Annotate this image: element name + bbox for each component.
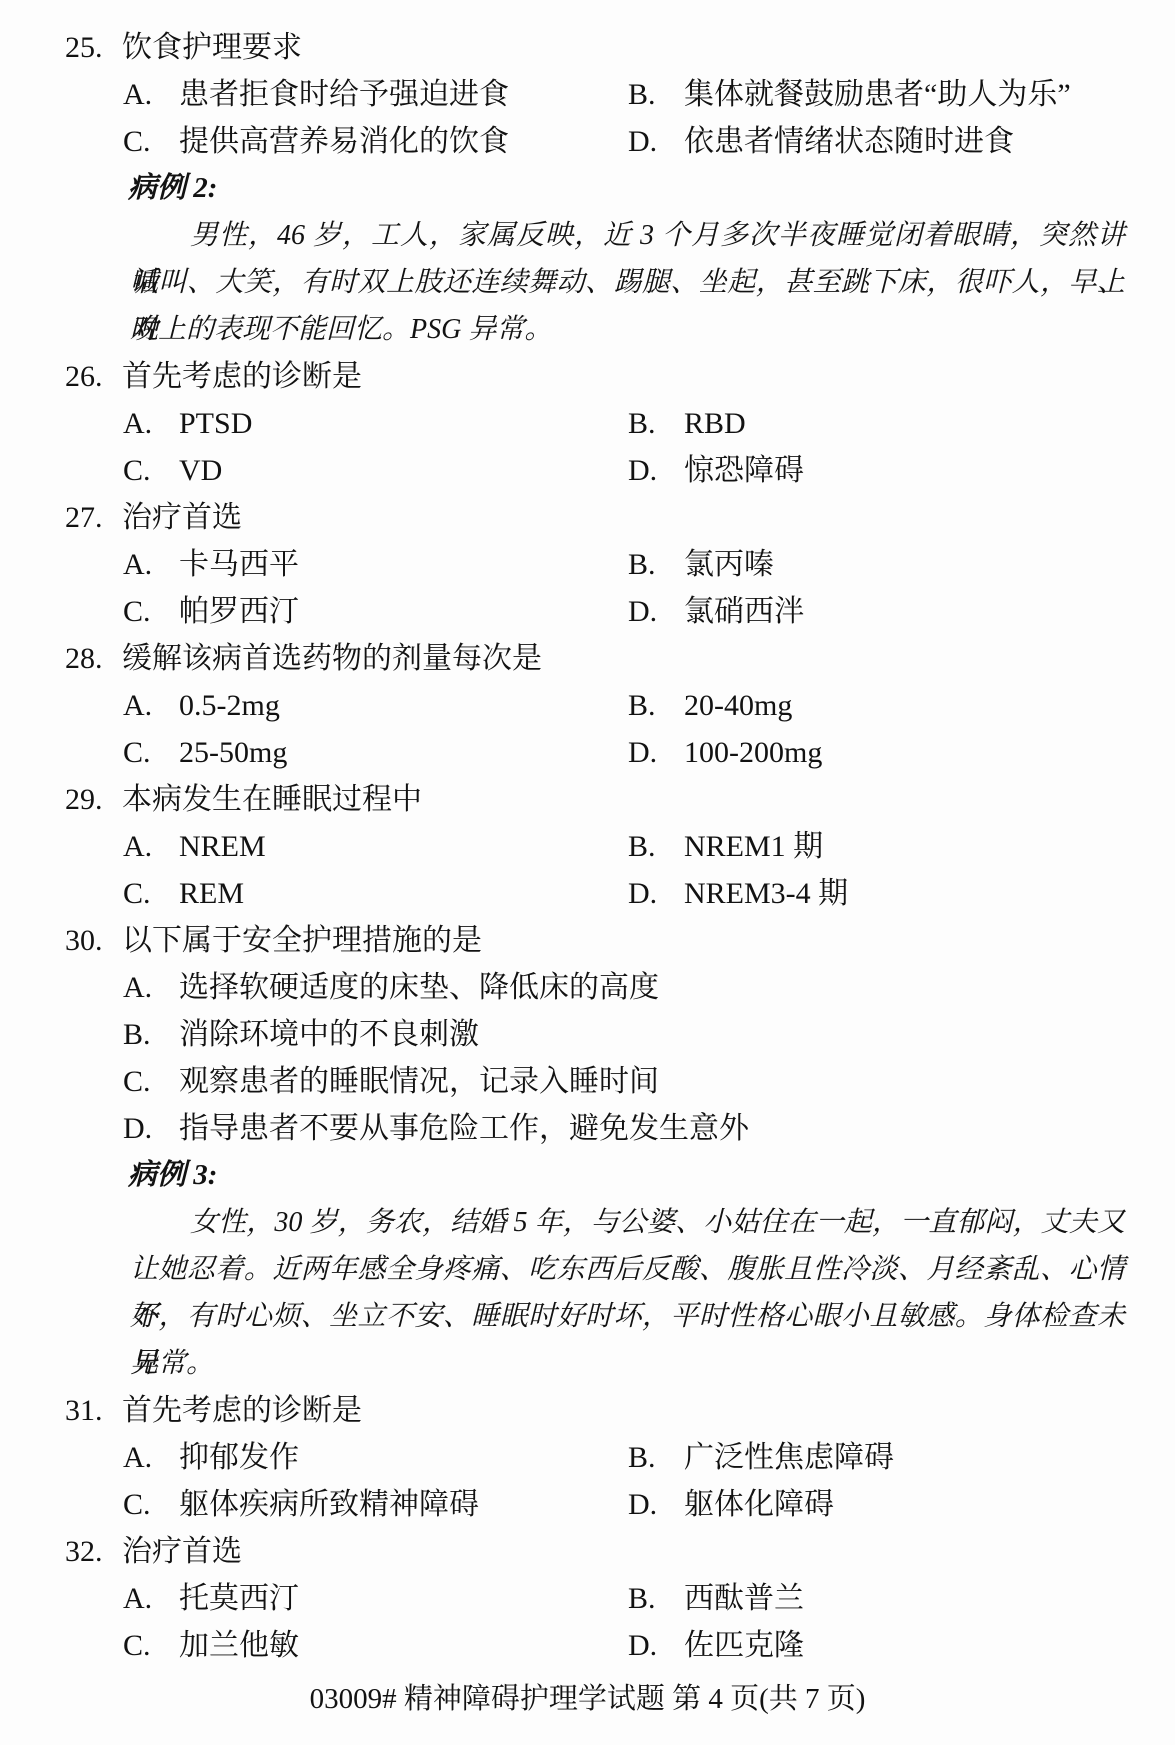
q29-option-c: C.REM [123,870,628,917]
case-line: 好，有时心烦、坐立不安、睡眠时好时坏，平时性格心眼小且敏感。身体检查未见 [130,1293,1125,1340]
question-stem: 治疗首选 [122,1535,242,1568]
q32-option-d: D.佐匹克隆 [628,1622,1175,1669]
option-label: D. [123,1105,179,1152]
page-footer: 03009# 精神障碍护理学试题 第 4 页(共 7 页) [0,1676,1175,1723]
option-text: 0.5-2mg [179,689,280,722]
question-stem: 以下属于安全护理措施的是 [122,924,482,957]
option-text: NREM3-4 期 [684,877,848,910]
q31-option-c: C.躯体疾病所致精神障碍 [123,1481,628,1528]
case-line: 女性，30 岁，务农，结婚 5 年，与公婆、小姑住在一起，一直郁闷，丈夫又 [130,1199,1125,1246]
question-25: 25.饮食护理要求 A.患者拒食时给予强迫进食 B.集体就餐鼓励患者“助人为乐”… [0,24,1175,165]
q30-option-d: D.指导患者不要从事危险工作，避免发生意外 [0,1105,1175,1152]
q28-option-b: B.20-40mg [628,682,1175,729]
q29-option-a: A.NREM [123,823,628,870]
option-label: A. [123,682,179,729]
q26-option-d: D.惊恐障碍 [628,447,1175,494]
option-text: 佐匹克隆 [684,1629,804,1662]
option-label: B. [628,682,684,729]
option-label: C. [123,447,179,494]
case-line: 让她忍着。近两年感全身疼痛、吃东西后反酸、腹胀且性冷淡、月经紊乱、心情不 [130,1246,1125,1293]
option-label: A. [123,964,179,1011]
option-label: C. [123,118,179,165]
option-label: A. [123,1434,179,1481]
case-line: 异常。 [130,1340,1125,1387]
option-text: 卡马西平 [179,548,299,581]
q25-option-c: C.提供高营养易消化的饮食 [123,118,628,165]
q32-option-a: A.托莫西汀 [123,1575,628,1622]
q25-option-a: A.患者拒食时给予强迫进食 [123,71,628,118]
case-2-paragraph: 男性，46 岁，工人，家属反映，近 3 个月多次半夜睡觉闭着眼睛，突然讲话、 喊… [130,212,1125,353]
option-text: 躯体疾病所致精神障碍 [179,1488,479,1521]
option-label: D. [628,588,684,635]
q27-option-c: C.帕罗西汀 [123,588,628,635]
question-30-options: A.选择软硬适度的床垫、降低床的高度 B.消除环境中的不良刺激 C.观察患者的睡… [0,964,1175,1152]
question-stem: 缓解该病首选药物的剂量每次是 [122,642,542,675]
exam-page: 25.饮食护理要求 A.患者拒食时给予强迫进食 B.集体就餐鼓励患者“助人为乐”… [0,0,1175,1745]
option-label: B. [628,823,684,870]
option-label: B. [628,400,684,447]
case-3-paragraph: 女性，30 岁，务农，结婚 5 年，与公婆、小姑住在一起，一直郁闷，丈夫又 让她… [130,1199,1125,1387]
option-text: 100-200mg [684,736,822,769]
question-31-options: A.抑郁发作 B.广泛性焦虑障碍 C.躯体疾病所致精神障碍 D.躯体化障碍 [0,1434,1175,1528]
q29-option-b: B.NREM1 期 [628,823,1175,870]
question-number: 31. [65,1387,122,1434]
option-label: C. [123,588,179,635]
option-text: 依患者情绪状态随时进食 [684,125,1014,158]
option-text: 25-50mg [179,736,287,769]
question-31-stem-row: 31.首先考虑的诊断是 [0,1387,1175,1434]
option-label: B. [123,1011,179,1058]
q28-option-c: C.25-50mg [123,729,628,776]
question-number: 30. [65,917,122,964]
option-label: C. [123,729,179,776]
option-text: 患者拒食时给予强迫进食 [179,78,509,111]
question-28-options: A.0.5-2mg B.20-40mg C.25-50mg D.100-200m… [0,682,1175,776]
option-text: 抑郁发作 [179,1441,299,1474]
option-label: D. [628,447,684,494]
q30-option-b: B.消除环境中的不良刺激 [0,1011,1175,1058]
q25-option-b: B.集体就餐鼓励患者“助人为乐” [628,71,1175,118]
question-30-stem-row: 30.以下属于安全护理措施的是 [0,917,1175,964]
question-stem: 本病发生在睡眠过程中 [122,783,422,816]
q28-option-d: D.100-200mg [628,729,1175,776]
option-label: D. [628,729,684,776]
q31-option-b: B.广泛性焦虑障碍 [628,1434,1175,1481]
option-text: 提供高营养易消化的饮食 [179,125,509,158]
option-label: D. [628,1481,684,1528]
question-number: 29. [65,776,122,823]
option-label: A. [123,400,179,447]
question-32-stem-row: 32.治疗首选 [0,1528,1175,1575]
option-label: C. [123,1058,179,1105]
q32-option-b: B.西酞普兰 [628,1575,1175,1622]
question-number: 25. [65,24,122,71]
question-28: 28.缓解该病首选药物的剂量每次是 A.0.5-2mg B.20-40mg C.… [0,635,1175,776]
option-label: A. [123,71,179,118]
q26-option-b: B.RBD [628,400,1175,447]
question-stem: 首先考虑的诊断是 [122,1394,362,1427]
option-label: A. [123,1575,179,1622]
case-3: 病例 3: 女性，30 岁，务农，结婚 5 年，与公婆、小姑住在一起，一直郁闷，… [0,1152,1175,1387]
q29-option-d: D.NREM3-4 期 [628,870,1175,917]
option-label: A. [123,541,179,588]
option-text: NREM1 期 [684,830,823,863]
option-text: 氯硝西泮 [684,595,804,628]
question-stem: 饮食护理要求 [122,31,302,64]
question-number: 26. [65,353,122,400]
option-text: 观察患者的睡眠情况，记录入睡时间 [179,1065,659,1098]
option-label: C. [123,1481,179,1528]
q32-option-c: C.加兰他敏 [123,1622,628,1669]
question-27-options: A.卡马西平 B.氯丙嗪 C.帕罗西汀 D.氯硝西泮 [0,541,1175,635]
q26-option-a: A.PTSD [123,400,628,447]
question-32-options: A.托莫西汀 B.西酞普兰 C.加兰他敏 D.佐匹克隆 [0,1575,1175,1669]
question-27: 27.治疗首选 A.卡马西平 B.氯丙嗪 C.帕罗西汀 D.氯硝西泮 [0,494,1175,635]
option-text: 惊恐障碍 [684,454,804,487]
question-31: 31.首先考虑的诊断是 A.抑郁发作 B.广泛性焦虑障碍 C.躯体疾病所致精神障… [0,1387,1175,1528]
option-text: 帕罗西汀 [179,595,299,628]
option-label: D. [628,118,684,165]
question-26: 26.首先考虑的诊断是 A.PTSD B.RBD C.VD D.惊恐障碍 [0,353,1175,494]
q31-option-d: D.躯体化障碍 [628,1481,1175,1528]
option-label: D. [628,1622,684,1669]
option-text: 集体就餐鼓励患者“助人为乐” [684,78,1071,111]
option-text: RBD [684,407,746,440]
q31-option-a: A.抑郁发作 [123,1434,628,1481]
question-25-stem-row: 25.饮食护理要求 [0,24,1175,71]
q30-option-a: A.选择软硬适度的床垫、降低床的高度 [0,964,1175,1011]
option-text: 氯丙嗪 [684,548,774,581]
option-label: C. [123,870,179,917]
question-number: 32. [65,1528,122,1575]
question-stem: 治疗首选 [122,501,242,534]
option-text: 托莫西汀 [179,1582,299,1615]
option-text: PTSD [179,407,252,440]
question-25-options: A.患者拒食时给予强迫进食 B.集体就餐鼓励患者“助人为乐” C.提供高营养易消… [0,71,1175,165]
question-26-options: A.PTSD B.RBD C.VD D.惊恐障碍 [0,400,1175,494]
q25-option-d: D.依患者情绪状态随时进食 [628,118,1175,165]
option-text: 指导患者不要从事危险工作，避免发生意外 [179,1112,749,1145]
option-label: D. [628,870,684,917]
q28-option-a: A.0.5-2mg [123,682,628,729]
case-line: 晚上的表现不能回忆。PSG 异常。 [130,306,1125,353]
option-text: VD [179,454,222,487]
option-text: 加兰他敏 [179,1629,299,1662]
question-26-stem-row: 26.首先考虑的诊断是 [0,353,1175,400]
option-label: A. [123,823,179,870]
q30-option-c: C.观察患者的睡眠情况，记录入睡时间 [0,1058,1175,1105]
question-stem: 首先考虑的诊断是 [122,360,362,393]
question-number: 27. [65,494,122,541]
option-text: 广泛性焦虑障碍 [684,1441,894,1474]
q27-option-b: B.氯丙嗪 [628,541,1175,588]
option-text: 消除环境中的不良刺激 [179,1018,479,1051]
question-number: 28. [65,635,122,682]
case-2: 病例 2: 男性，46 岁，工人，家属反映，近 3 个月多次半夜睡觉闭着眼睛，突… [0,165,1175,353]
q26-option-c: C.VD [123,447,628,494]
question-28-stem-row: 28.缓解该病首选药物的剂量每次是 [0,635,1175,682]
case-line: 喊叫、大笑，有时双上肢还连续舞动、踢腿、坐起，甚至跳下床，很吓人，早上对 [130,259,1125,306]
question-27-stem-row: 27.治疗首选 [0,494,1175,541]
option-text: 20-40mg [684,689,792,722]
question-29-stem-row: 29.本病发生在睡眠过程中 [0,776,1175,823]
option-label: B. [628,1575,684,1622]
question-29: 29.本病发生在睡眠过程中 A.NREM B.NREM1 期 C.REM D.N… [0,776,1175,917]
q27-option-a: A.卡马西平 [123,541,628,588]
question-32: 32.治疗首选 A.托莫西汀 B.西酞普兰 C.加兰他敏 D.佐匹克隆 [0,1528,1175,1669]
option-text: REM [179,877,244,910]
question-29-options: A.NREM B.NREM1 期 C.REM D.NREM3-4 期 [0,823,1175,917]
option-text: 选择软硬适度的床垫、降低床的高度 [179,971,659,1004]
option-text: NREM [179,830,266,863]
case-2-label: 病例 2: [0,165,1175,212]
option-text: 躯体化障碍 [684,1488,834,1521]
option-label: B. [628,71,684,118]
case-line: 男性，46 岁，工人，家属反映，近 3 个月多次半夜睡觉闭着眼睛，突然讲话、 [130,212,1125,259]
q27-option-d: D.氯硝西泮 [628,588,1175,635]
option-label: B. [628,541,684,588]
case-3-label: 病例 3: [0,1152,1175,1199]
option-label: B. [628,1434,684,1481]
option-label: C. [123,1622,179,1669]
question-30: 30.以下属于安全护理措施的是 A.选择软硬适度的床垫、降低床的高度 B.消除环… [0,917,1175,1152]
option-text: 西酞普兰 [684,1582,804,1615]
